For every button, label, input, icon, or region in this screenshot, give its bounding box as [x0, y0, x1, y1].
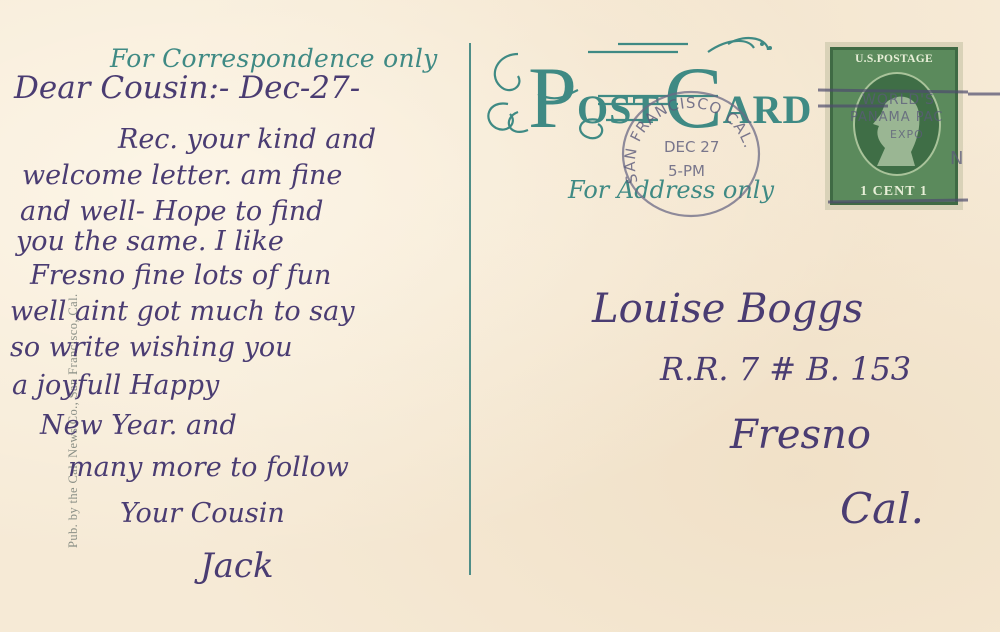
postmark-icon: SAN FRANCISCO CAL. DEC 27 5-PM [616, 86, 766, 222]
recipient-name: Louise Boggs [592, 286, 863, 332]
message-line: so write wishing you [10, 332, 293, 363]
stamp-top-text: U.S.POSTAGE [833, 53, 955, 65]
center-divider [469, 43, 471, 575]
message-line: Rec. your kind and [118, 124, 376, 155]
cancel-text: WORLD'S [862, 92, 935, 108]
message-line: and well- Hope to find [20, 196, 323, 227]
correspondence-header: For Correspondence only [110, 44, 438, 73]
recipient-route: R.R. 7 # B. 153 [660, 350, 911, 388]
recipient-city: Fresno [730, 412, 871, 458]
cancel-text: EXPO [890, 128, 924, 141]
postcard: For Correspondence only Pub. by the Cal.… [0, 0, 1000, 632]
message-line: many more to follow [68, 452, 349, 483]
cancel-text: PANAMA PAC [850, 110, 944, 125]
signature: Jack [200, 546, 274, 586]
postmark-date: DEC 27 [664, 138, 719, 156]
message-line: well aint got much to say [10, 296, 354, 327]
message-line: New Year. and [40, 410, 237, 441]
message-line: welcome letter. am fine [22, 160, 342, 191]
message-line: Fresno fine lots of fun [30, 260, 331, 291]
message-line: Dear Cousin:- Dec-27- [14, 70, 360, 106]
message-line: Your Cousin [120, 498, 285, 529]
message-line: you the same. I like [16, 226, 284, 257]
postmark-time: 5-PM [668, 162, 705, 180]
recipient-state: Cal. [840, 484, 924, 533]
cancel-text: N [950, 148, 964, 169]
message-line: a joyfull Happy [12, 370, 219, 401]
